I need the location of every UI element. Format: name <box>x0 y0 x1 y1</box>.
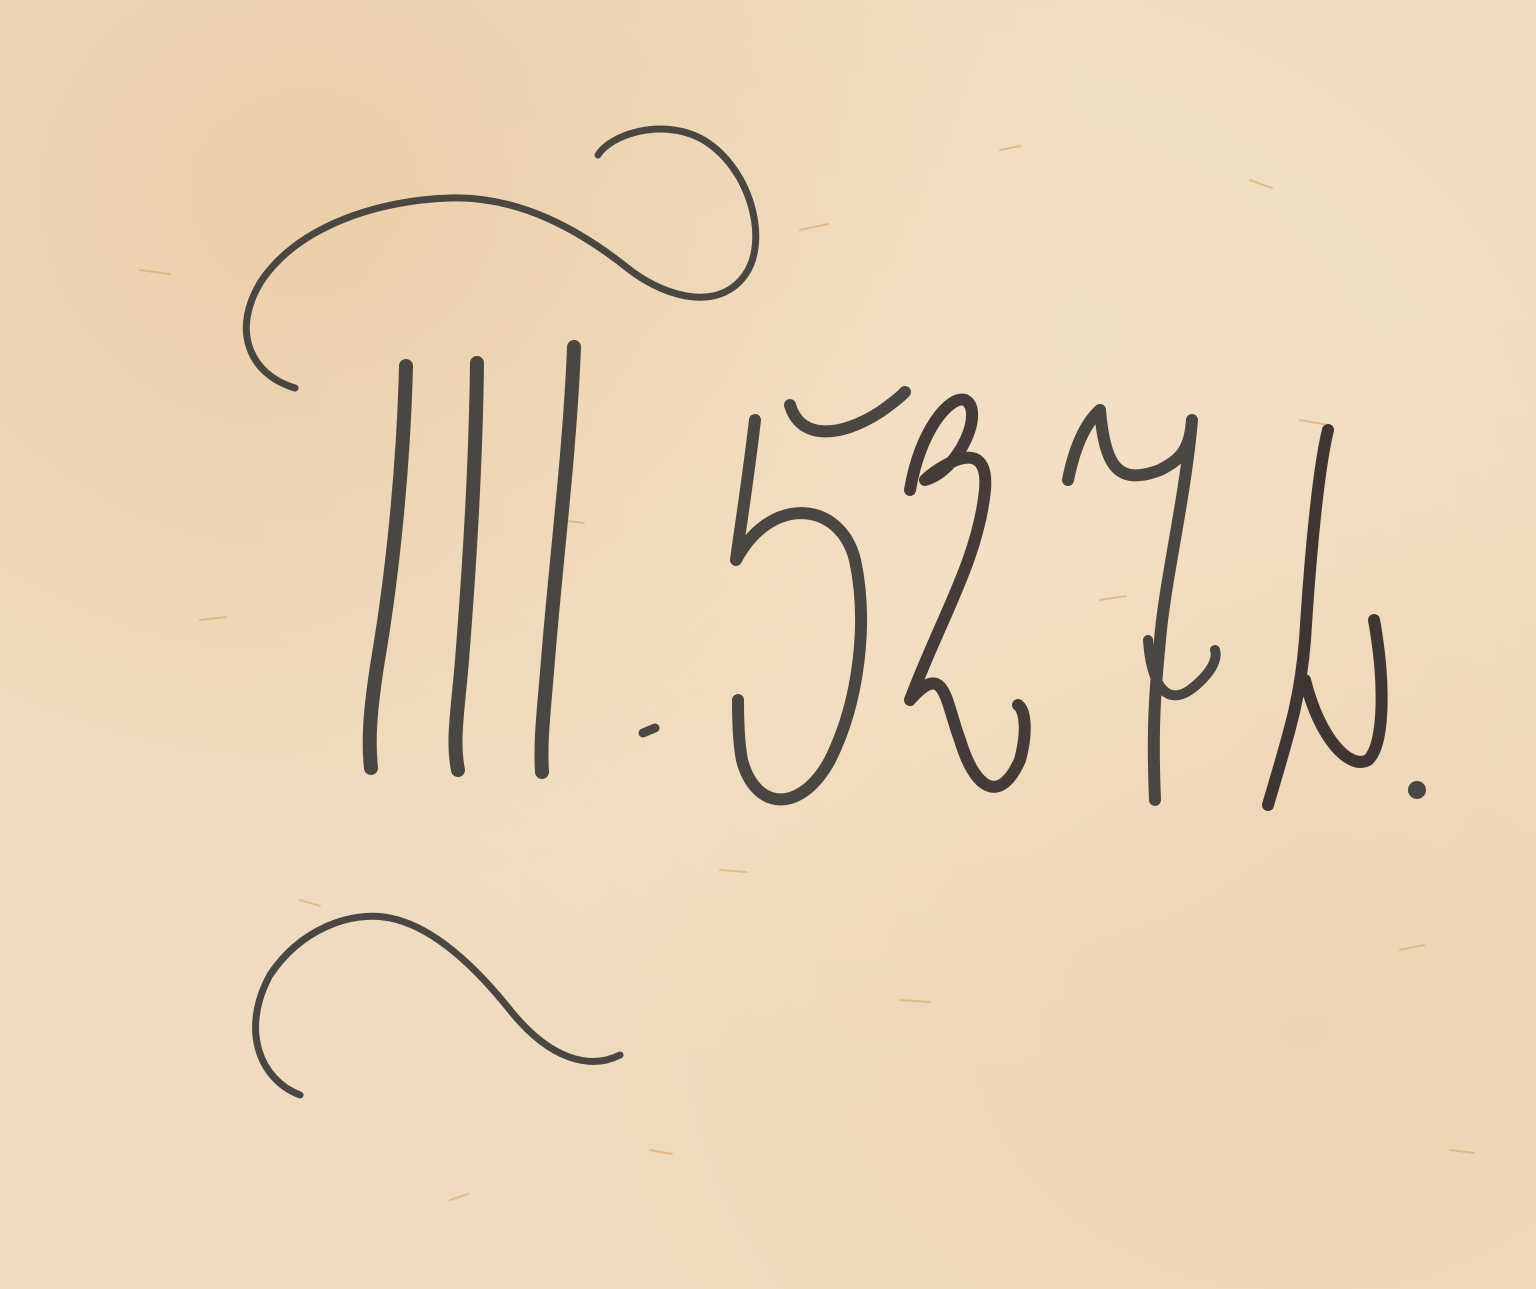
paper-sheet: III. 527 b. <box>0 0 1536 1289</box>
letter-b <box>1268 430 1382 805</box>
paper-fibres <box>140 146 1474 1200</box>
digit-5 <box>736 392 905 799</box>
period-1 <box>643 728 655 733</box>
bottom-flourish <box>256 916 620 1095</box>
handwriting <box>0 0 1536 1289</box>
period-2 <box>1408 781 1426 799</box>
top-flourish <box>246 129 755 388</box>
digit-7 <box>1068 410 1192 800</box>
digit-2 <box>910 400 1025 787</box>
roman-numeral-III <box>370 347 574 772</box>
